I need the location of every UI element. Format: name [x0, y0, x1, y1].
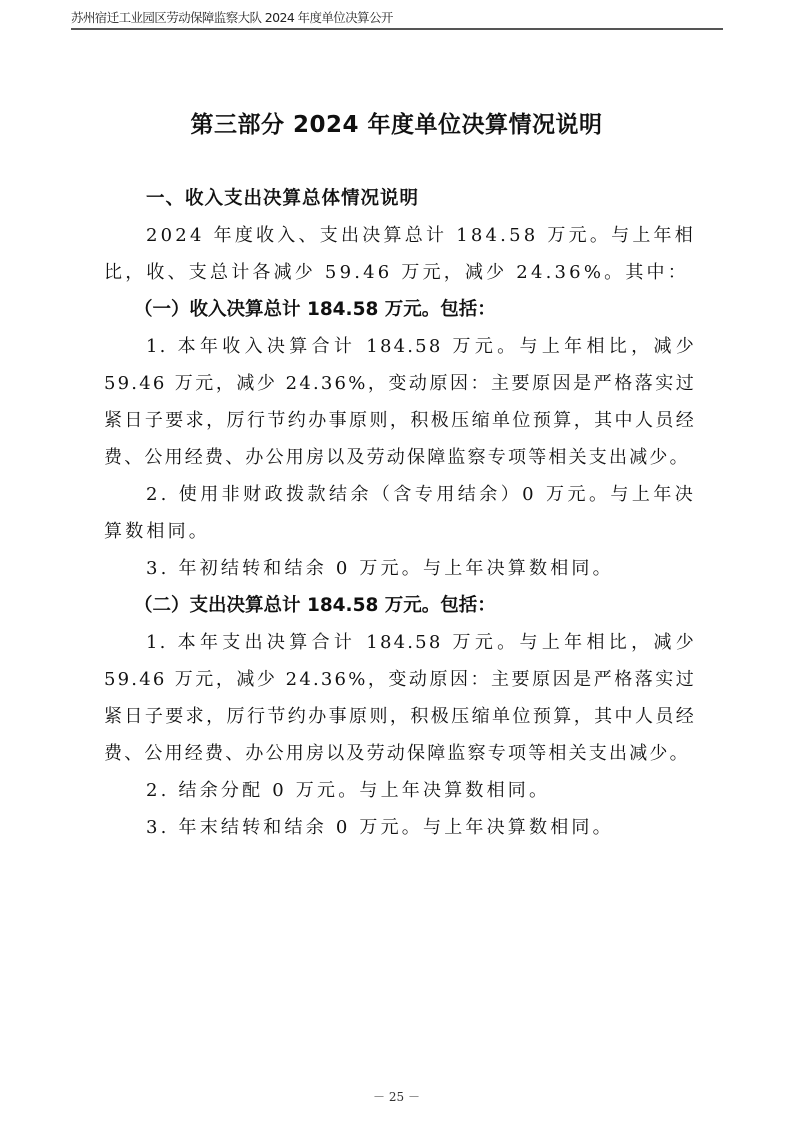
expenditure-item-2: 2. 结余分配 0 万元。与上年决算数相同。 [104, 772, 696, 809]
expenditure-item-3: 3. 年末结转和结余 0 万元。与上年决算数相同。 [104, 809, 696, 846]
subsection-heading-expenditure: （二）支出决算总计 184.58 万元。包括： [104, 587, 696, 624]
section-intro-paragraph: 2024 年度收入、支出决算总计 184.58 万元。与上年相比，收、支总计各减… [104, 217, 696, 291]
page-header: 苏州宿迁工业园区劳动保障监察大队 2024 年度单位决算公开 [71, 9, 723, 30]
income-item-2: 2. 使用非财政拨款结余（含专用结余）0 万元。与上年决算数相同。 [104, 476, 696, 550]
subsection-heading-income: （一）收入决算总计 184.58 万元。包括： [104, 291, 696, 328]
income-item-1: 1. 本年收入决算合计 184.58 万元。与上年相比，减少 59.46 万元，… [104, 328, 696, 476]
document-body: 一、收入支出决算总体情况说明 2024 年度收入、支出决算总计 184.58 万… [104, 180, 696, 846]
running-title: 苏州宿迁工业园区劳动保障监察大队 2024 年度单位决算公开 [71, 8, 393, 26]
income-item-3: 3. 年初结转和结余 0 万元。与上年决算数相同。 [104, 550, 696, 587]
expenditure-item-1: 1. 本年支出决算合计 184.58 万元。与上年相比，减少 59.46 万元，… [104, 624, 696, 772]
section-heading: 一、收入支出决算总体情况说明 [104, 180, 696, 217]
page-number: － 25 － [0, 1088, 793, 1105]
page-title: 第三部分 2024 年度单位决算情况说明 [0, 106, 793, 139]
